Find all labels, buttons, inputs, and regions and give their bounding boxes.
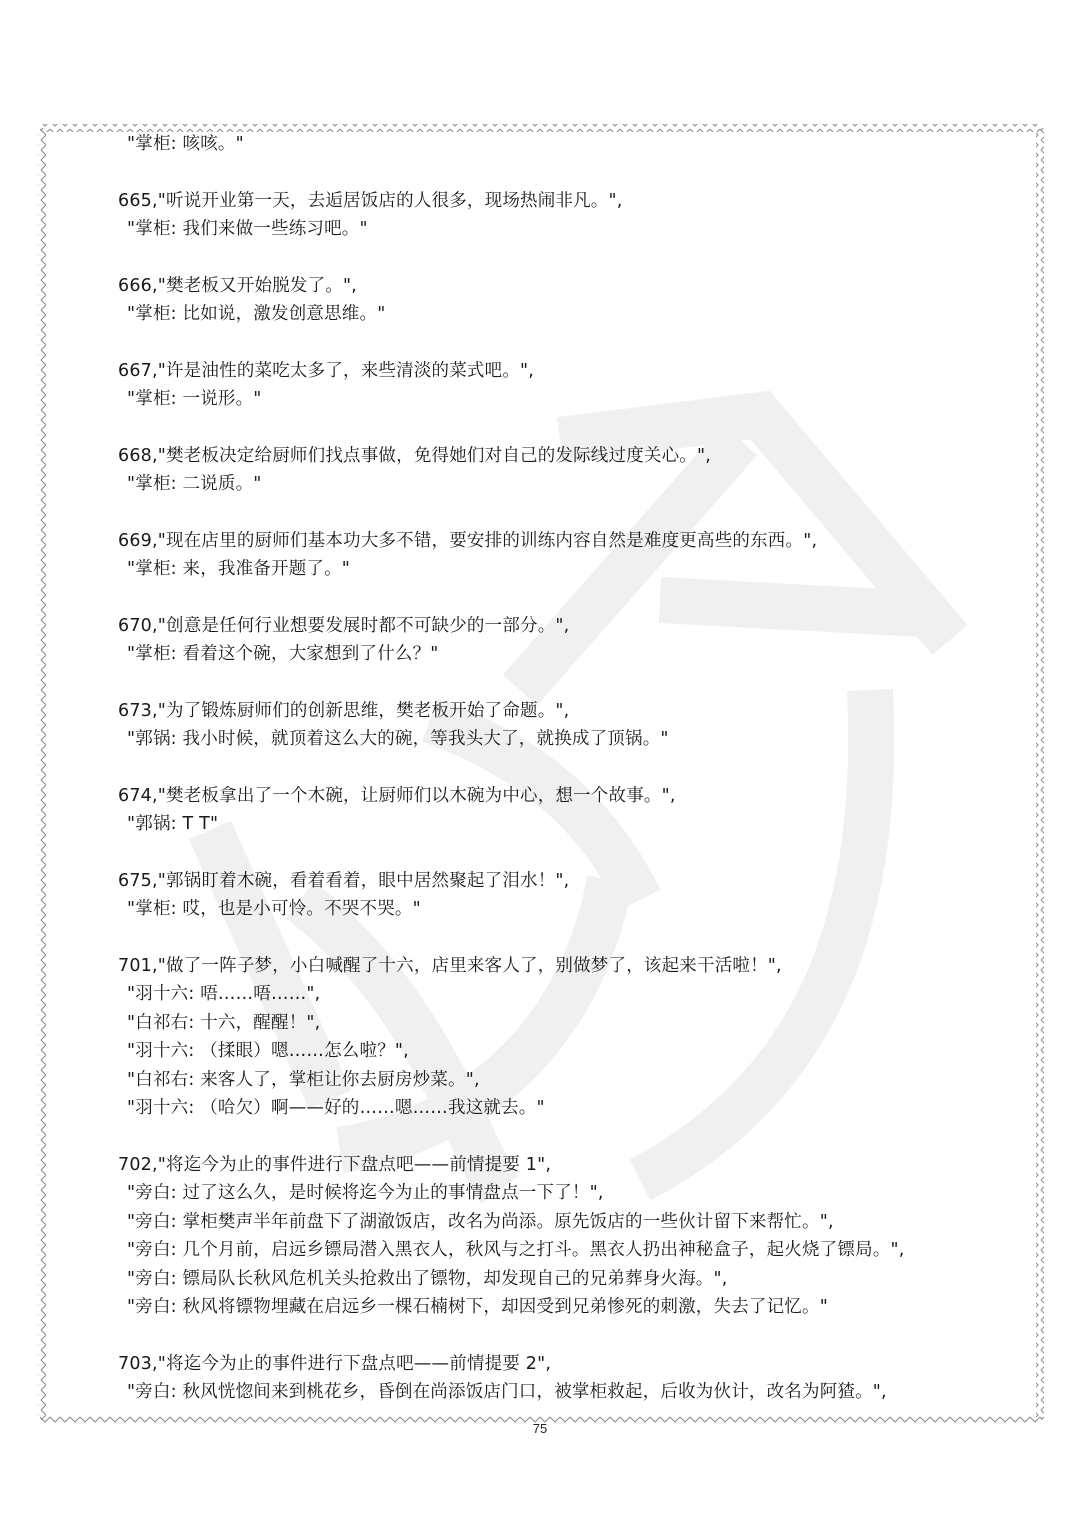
entry-702: 702,"将迄今为止的事件进行下盘点吧——前情提要 1", "旁白: 过了这么久… (118, 1151, 1018, 1322)
entry-669: 669,"现在店里的厨师们基本功大多不错，要安排的训练内容自然是难度更高些的东西… (118, 527, 1018, 584)
dialogue-line: "郭锅: T T" (118, 810, 1018, 839)
entry-header: 665,"听说开业第一天，去逅居饭店的人很多，现场热闹非凡。", (118, 187, 1018, 216)
dialogue-line: "白祁右: 十六，醒醒！", (118, 1009, 1018, 1038)
page-number: 75 (0, 1421, 1080, 1436)
entry-header: 670,"创意是任何行业想要发展时都不可缺少的一部分。", (118, 612, 1018, 641)
entry-668: 668,"樊老板决定给厨师们找点事做，免得她们对自己的发际线过度关心。", "掌… (118, 442, 1018, 499)
dialogue-line: "旁白: 镖局队长秋风危机关头抢救出了镖物，却发现自己的兄弟葬身火海。", (118, 1265, 1018, 1294)
entry-header: 703,"将迄今为止的事件进行下盘点吧——前情提要 2", (118, 1350, 1018, 1379)
dialogue-line: "旁白: 秋风将镖物埋藏在启远乡一棵石楠树下，却因受到兄弟惨死的刺激，失去了记忆… (118, 1293, 1018, 1322)
entry-667: 667,"许是油性的菜吃太多了，来些清淡的菜式吧。", "掌柜: 一说形。" (118, 357, 1018, 414)
dialogue-line: "掌柜: 咳咳。" (118, 130, 1018, 159)
entry-673: 673,"为了锻炼厨师们的创新思维，樊老板开始了命题。", "郭锅: 我小时候，… (118, 697, 1018, 754)
entry-670: 670,"创意是任何行业想要发展时都不可缺少的一部分。", "掌柜: 看着这个碗… (118, 612, 1018, 669)
dialogue-line: "掌柜: 我们来做一些练习吧。" (118, 215, 1018, 244)
dialogue-line: "掌柜: 二说质。" (118, 470, 1018, 499)
entry-666: 666,"樊老板又开始脱发了。", "掌柜: 比如说，激发创意思维。" (118, 272, 1018, 329)
entry-674: 674,"樊老板拿出了一个木碗，让厨师们以木碗为中心，想一个故事。", "郭锅:… (118, 782, 1018, 839)
entry-header: 668,"樊老板决定给厨师们找点事做，免得她们对自己的发际线过度关心。", (118, 442, 1018, 471)
dialogue-line: "旁白: 秋风恍惚间来到桃花乡，昏倒在尚添饭店门口，被掌柜救起，后收为伙计，改名… (118, 1378, 1018, 1407)
dialogue-line: "羽十六: （哈欠）啊——好的……嗯……我这就去。" (118, 1094, 1018, 1123)
entry-703: 703,"将迄今为止的事件进行下盘点吧——前情提要 2", "旁白: 秋风恍惚间… (118, 1350, 1018, 1407)
document-body: "掌柜: 咳咳。" 665,"听说开业第一天，去逅居饭店的人很多，现场热闹非凡。… (118, 130, 1018, 1435)
dialogue-line: "旁白: 掌柜樊声半年前盘下了湖澈饭店，改名为尚添。原先饭店的一些伙计留下来帮忙… (118, 1208, 1018, 1237)
entry-header: 667,"许是油性的菜吃太多了，来些清淡的菜式吧。", (118, 357, 1018, 386)
entry-header: 674,"樊老板拿出了一个木碗，让厨师们以木碗为中心，想一个故事。", (118, 782, 1018, 811)
dialogue-line: "掌柜: 一说形。" (118, 385, 1018, 414)
dialogue-line: "旁白: 过了这么久，是时候将迄今为止的事情盘点一下了！", (118, 1179, 1018, 1208)
dialogue-line: "旁白: 几个月前，启远乡镖局潜入黑衣人，秋风与之打斗。黑衣人扔出神秘盒子，起火… (118, 1236, 1018, 1265)
entry-665: 665,"听说开业第一天，去逅居饭店的人很多，现场热闹非凡。", "掌柜: 我们… (118, 187, 1018, 244)
entry-header: 666,"樊老板又开始脱发了。", (118, 272, 1018, 301)
entry-header: 702,"将迄今为止的事件进行下盘点吧——前情提要 1", (118, 1151, 1018, 1180)
entry-header: 675,"郭锅盯着木碗，看着看着，眼中居然聚起了泪水！", (118, 867, 1018, 896)
dialogue-line: "白祁右: 来客人了，掌柜让你去厨房炒菜。", (118, 1066, 1018, 1095)
dialogue-line: "郭锅: 我小时候，就顶着这么大的碗，等我头大了，就换成了顶锅。" (118, 725, 1018, 754)
entry-701: 701,"做了一阵子梦，小白喊醒了十六，店里来客人了，别做梦了，该起来干活啦！"… (118, 952, 1018, 1123)
dialogue-line: "羽十六: （揉眼）嗯……怎么啦？", (118, 1037, 1018, 1066)
entry-675: 675,"郭锅盯着木碗，看着看着，眼中居然聚起了泪水！", "掌柜: 哎，也是小… (118, 867, 1018, 924)
entry-header: 673,"为了锻炼厨师们的创新思维，樊老板开始了命题。", (118, 697, 1018, 726)
dialogue-line: "掌柜: 看着这个碗，大家想到了什么？" (118, 640, 1018, 669)
entry-header: 701,"做了一阵子梦，小白喊醒了十六，店里来客人了，别做梦了，该起来干活啦！"… (118, 952, 1018, 981)
dialogue-line: "掌柜: 比如说，激发创意思维。" (118, 300, 1018, 329)
dialogue-line: "羽十六: 唔……唔……", (118, 980, 1018, 1009)
entry-header: 669,"现在店里的厨师们基本功大多不错，要安排的训练内容自然是难度更高些的东西… (118, 527, 1018, 556)
dialogue-line: "掌柜: 来，我准备开题了。" (118, 555, 1018, 584)
leading-entry: "掌柜: 咳咳。" (118, 130, 1018, 159)
dialogue-line: "掌柜: 哎，也是小可怜。不哭不哭。" (118, 895, 1018, 924)
